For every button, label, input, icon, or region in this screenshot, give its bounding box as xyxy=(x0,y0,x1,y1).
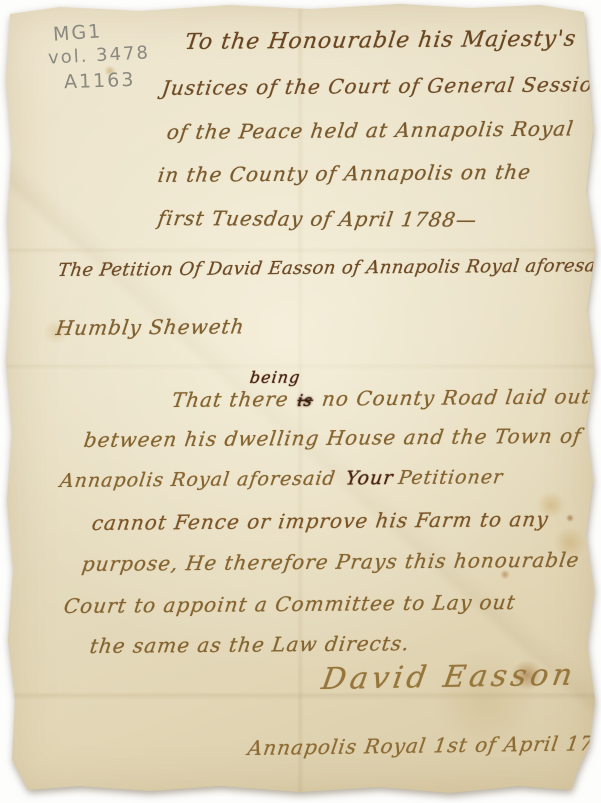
manuscript-body-line: between his dwelling House and the Town … xyxy=(82,424,583,452)
body-line-text: Petitioner xyxy=(397,466,505,489)
body-line-text: no County Road laid out xyxy=(321,384,593,410)
manuscript-heading-line: Justices of the Court of General Session… xyxy=(160,72,601,100)
salutation-line: Humbly Sheweth xyxy=(54,314,246,340)
manuscript-heading-line: To the Honourable his Majesty's xyxy=(183,27,578,55)
signature: David Easson xyxy=(319,658,578,697)
archive-mark-volume: vol. 3478 xyxy=(48,42,151,68)
emphasized-word: Your xyxy=(344,467,395,489)
manuscript-heading-line: first Tuesday of April 1788— xyxy=(156,206,479,232)
manuscript-heading-line: in the County of Annapolis on the xyxy=(156,160,532,187)
body-line-text: Annapolis Royal aforesaid xyxy=(59,468,338,492)
paper-shadow-wrap: MG1 vol. 3478 A1163 To the Honourable hi… xyxy=(0,0,601,803)
interline-insertion: being xyxy=(249,368,302,387)
manuscript-paper: MG1 vol. 3478 A1163 To the Honourable hi… xyxy=(0,0,601,803)
struck-out-word: is xyxy=(296,391,314,410)
manuscript-body-line: That thereisno County Road laid out xyxy=(170,384,592,412)
manuscript-body-line: purpose, He therefore Prays this honoura… xyxy=(80,548,581,576)
manuscript-body-line: Court to appoint a Committee to Lay out xyxy=(62,590,517,618)
manuscript-body-line: cannot Fence or improve his Farm to any xyxy=(90,507,550,535)
body-line-text: That there xyxy=(170,387,290,412)
manuscript-body-line: Annapolis Royal aforesaidYourPetitioner xyxy=(59,466,505,492)
dateline: Annapolis Royal 1st of April 1788. xyxy=(246,731,601,760)
manuscript-body-line: the same as the Law directs. xyxy=(88,631,411,658)
petition-title-line: The Petition Of David Easson of Annapoli… xyxy=(57,255,601,281)
ink-speck xyxy=(566,514,574,522)
archive-mark-item: A1163 xyxy=(64,69,136,93)
archive-mark-fonds: MG1 xyxy=(52,20,103,45)
manuscript-heading-line: of the Peace held at Annapolis Royal xyxy=(165,116,575,144)
scanned-document-page: MG1 vol. 3478 A1163 To the Honourable hi… xyxy=(0,0,601,803)
